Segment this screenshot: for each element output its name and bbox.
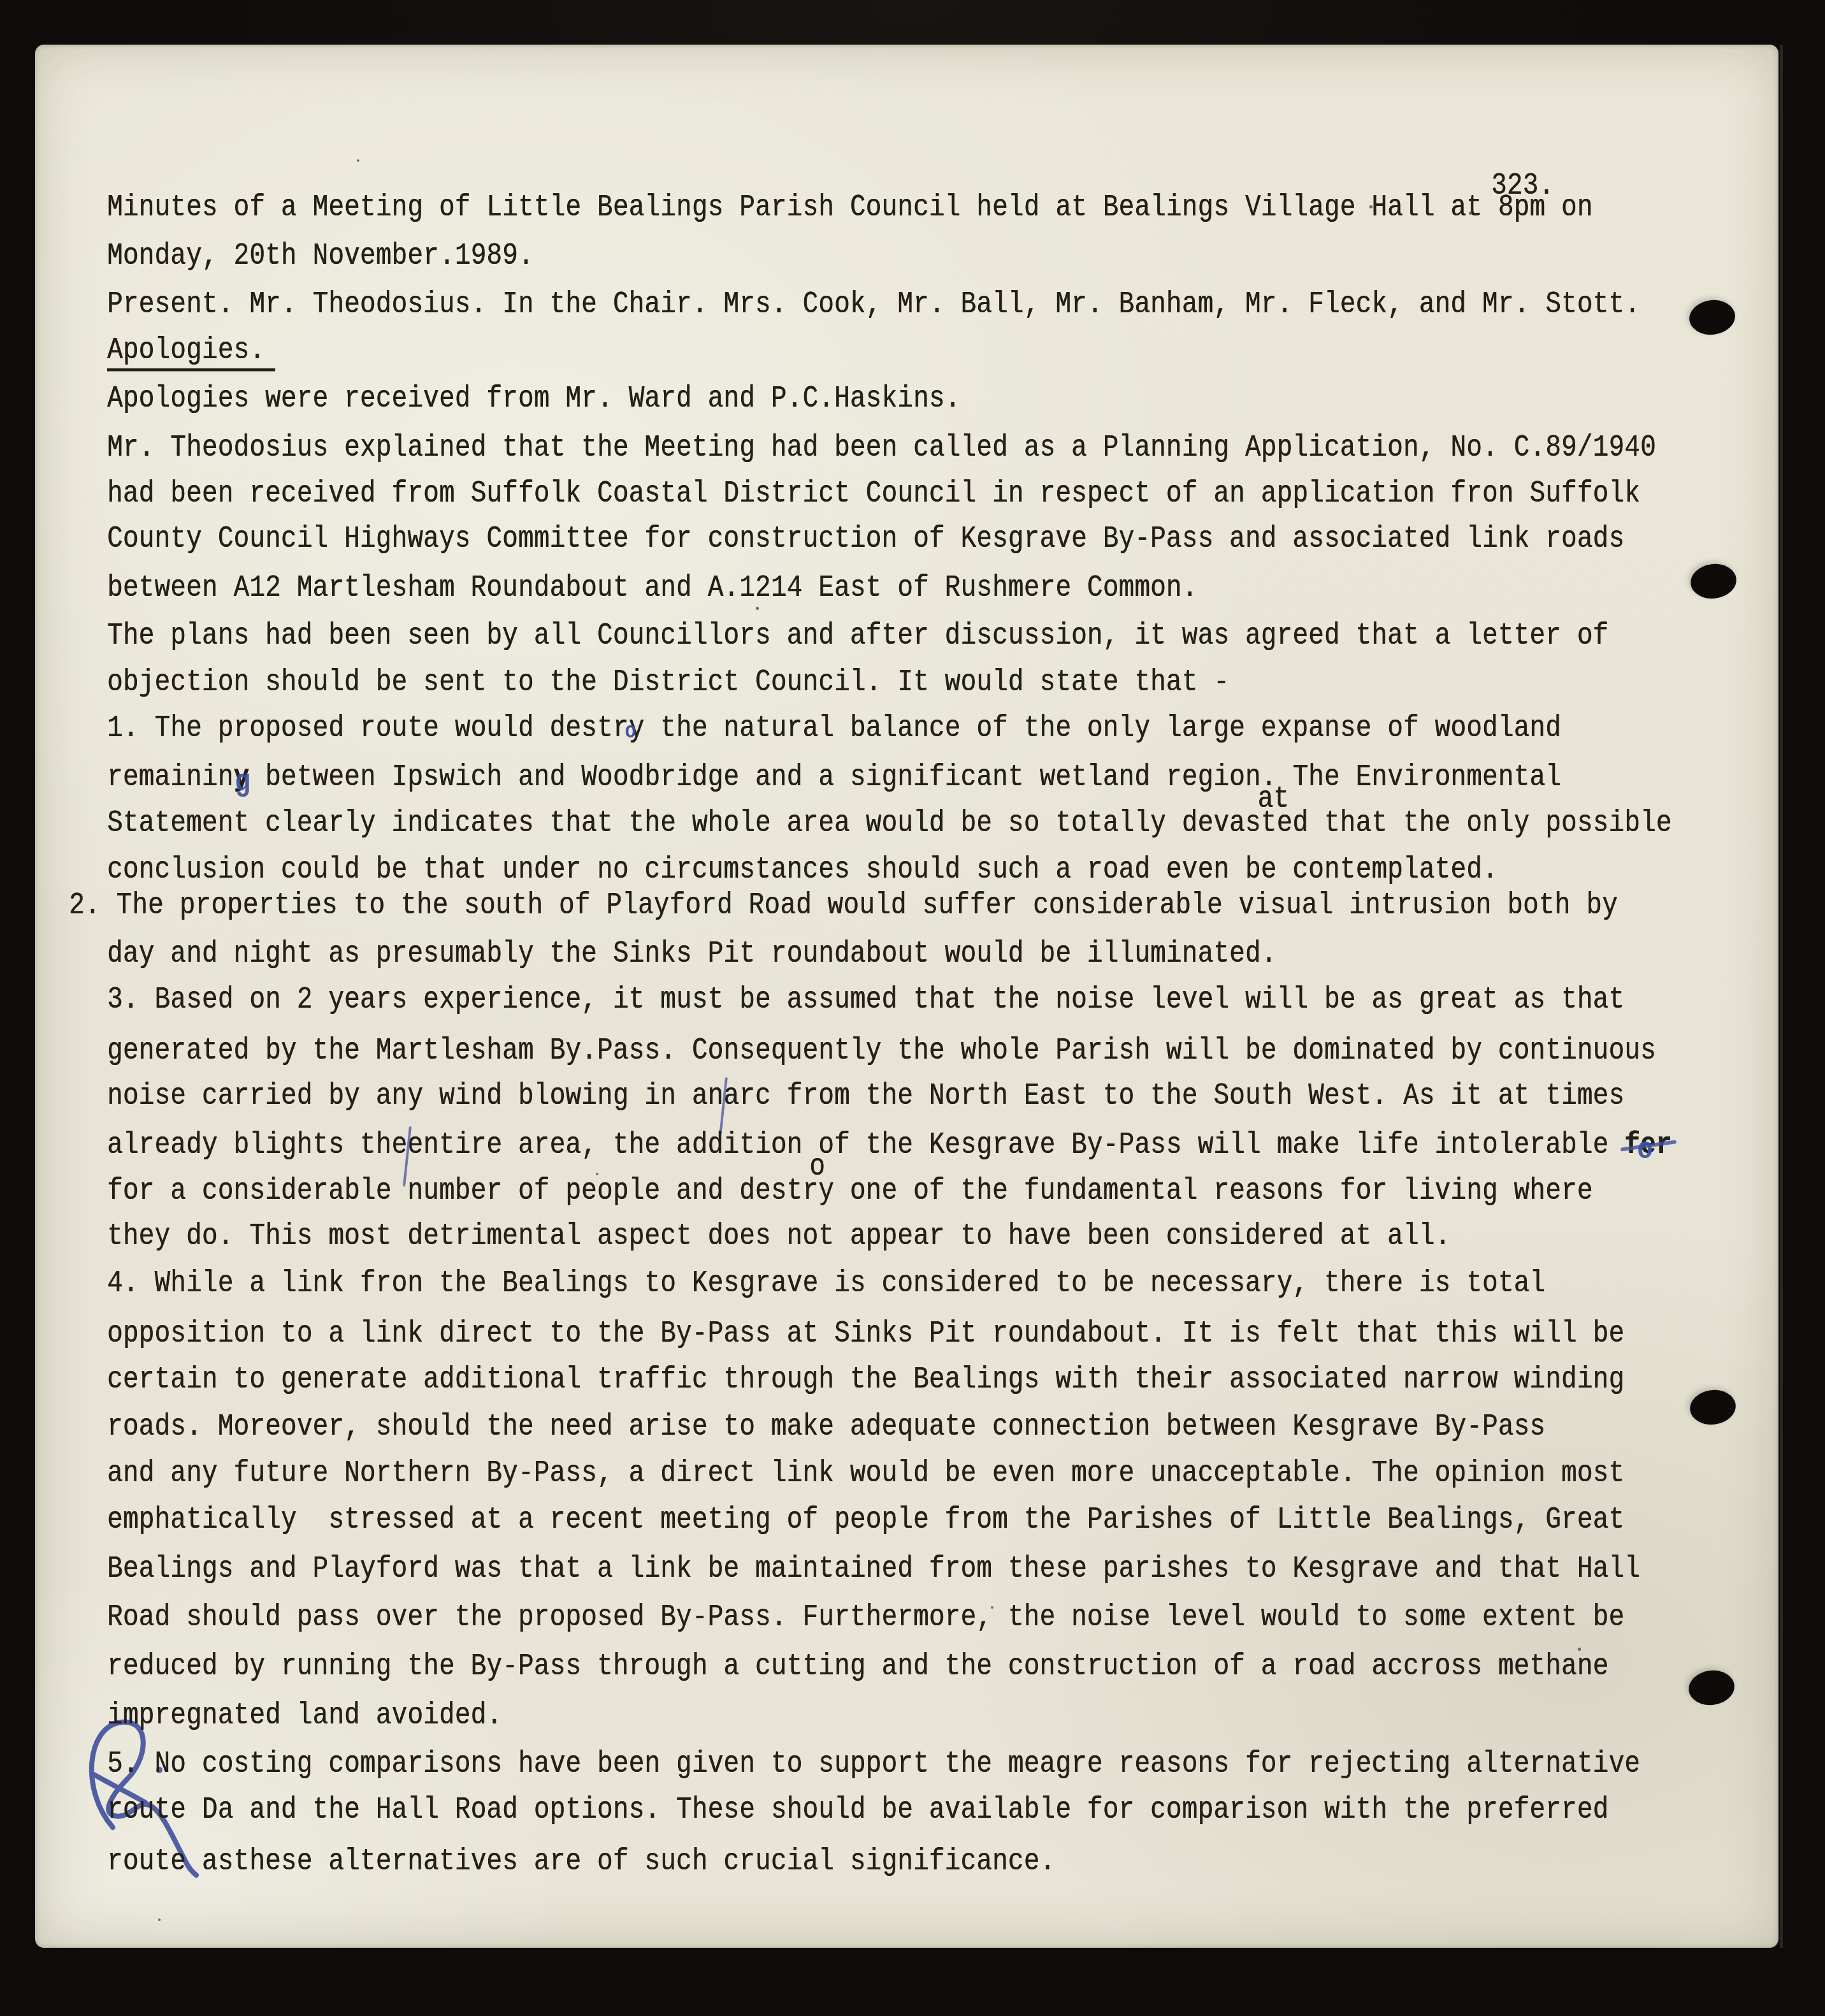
text-segment: conclusion could be that under no circum… (107, 853, 1498, 887)
text-line: emphatically stressed at a recent meetin… (107, 1501, 1624, 1539)
text-segment: had been received from Suffolk Coastal D… (107, 477, 1640, 511)
text-line: certain to generate additional traffic t… (107, 1361, 1624, 1399)
underlined-heading: Apologies. (107, 333, 275, 371)
text-line: 1. The proposed route would destroy the … (107, 709, 1561, 748)
text-segment: entire area, the addition of the Kesgrav… (407, 1128, 1624, 1162)
pen-overwrite-correction: fero (1624, 1126, 1671, 1164)
text-segment: between Ipswich and Woodbridge and a sig… (249, 760, 1561, 794)
text-segment: they do. This most detrimental aspect do… (107, 1219, 1450, 1253)
text-segment: y the natural balance of the only large … (629, 711, 1561, 745)
text-line: 3. Based on 2 years experience, it must … (107, 981, 1624, 1019)
text-segment: impregnated land avoided. (107, 1699, 502, 1732)
text-line: noise carried by any wind blowing in ana… (107, 1077, 1624, 1115)
text-line: generated by the Martlesham By.Pass. Con… (107, 1032, 1656, 1070)
text-segment: route asthese alternatives are of such c… (107, 1845, 1055, 1878)
text-line: route asthese alternatives are of such c… (107, 1843, 1055, 1881)
text-line: Road should pass over the proposed By-Pa… (107, 1599, 1624, 1637)
text-segment: already blights the (107, 1128, 407, 1162)
text-line: 5. No costing comparisons have been give… (107, 1745, 1640, 1783)
pen-overwrite-correction: yg (233, 758, 249, 797)
text-line: Statement clearly indicates that the who… (107, 804, 1672, 843)
text-line: day and night as presumably the Sinks Pi… (107, 935, 1277, 973)
paper-edge-shadow (1780, 45, 1783, 1948)
text-segment: Statement clearly indicates that the who… (107, 806, 1277, 840)
paper-speck (1578, 1648, 1581, 1651)
paper-speck (991, 1606, 993, 1609)
paper-sheet: 323. Minutes of a Meeting of Little Beal… (35, 45, 1778, 1948)
text-segment: roads. Moreover, should the need arise t… (107, 1410, 1545, 1444)
text-segment: certain to generate additional traffic t… (107, 1363, 1624, 1396)
text-line: Apologies were received from Mr. Ward an… (107, 380, 960, 418)
text-line: roads. Moreover, should the need arise t… (107, 1408, 1545, 1446)
text-segment: for a considerable number of people and … (107, 1174, 818, 1208)
text-line: impregnated land avoided. (107, 1697, 502, 1735)
text-line: 2. The properties to the south of Playfo… (69, 887, 1618, 925)
text-line: route Da and the Hall Road options. Thes… (107, 1791, 1608, 1829)
paper-speck (357, 159, 359, 162)
text-segment: opposition to a link direct to the By-Pa… (107, 1317, 1624, 1351)
text-line: 4. While a link fron the Bealings to Kes… (107, 1265, 1545, 1303)
text-segment: 4. While a link fron the Bealings to Kes… (107, 1266, 1545, 1300)
text-segment: 2. The properties to the south of Playfo… (69, 888, 1618, 922)
text-segment: route Da and the Hall Road options. Thes… (107, 1793, 1608, 1827)
text-segment: day and night as presumably the Sinks Pi… (107, 937, 1277, 971)
text-line: for a considerable number of people and … (107, 1172, 1593, 1210)
text-line: they do. This most detrimental aspect do… (107, 1217, 1450, 1256)
text-line: between A12 Martlesham Roundabout and A.… (107, 569, 1197, 607)
text-segment: 3. Based on 2 years experience, it must … (107, 983, 1624, 1017)
text-segment: Bealings and Playford was that a link be… (107, 1552, 1640, 1586)
text-line: Monday, 20th November.1989. (107, 237, 534, 275)
text-segment: noise carried by any wind blowing in an (107, 1079, 723, 1113)
text-line: remaininyg between Ipswich and Woodbridg… (107, 758, 1561, 797)
text-segment: ed that the only possible (1277, 806, 1672, 840)
paper-speck (596, 1173, 598, 1175)
text-line: conclusion could be that under no circum… (107, 851, 1498, 889)
paper-speck (1469, 212, 1472, 215)
text-segment: Mr. Theodosius explained that the Meetin… (107, 431, 1656, 465)
text-segment: Road should pass over the proposed By-Pa… (107, 1600, 1624, 1634)
text-segment: Present. Mr. Theodosius. In the Chair. M… (107, 287, 1640, 321)
text-segment: arc from the North East to the South Wes… (723, 1079, 1624, 1113)
text-segment: generated by the Martlesham By.Pass. Con… (107, 1034, 1656, 1068)
text-line: opposition to a link direct to the By-Pa… (107, 1315, 1624, 1353)
text-segment: remainin (107, 760, 233, 794)
text-line: Present. Mr. Theodosius. In the Chair. M… (107, 286, 1640, 324)
text-segment: y one of the fundamental reasons for liv… (818, 1174, 1592, 1208)
paper-speck (756, 607, 759, 610)
text-segment: 1. The proposed route would destr (107, 711, 629, 745)
text-segment: County Council Highways Committee for co… (107, 522, 1624, 556)
text-line: Bealings and Playford was that a link be… (107, 1550, 1640, 1588)
text-line: had been received from Suffolk Coastal D… (107, 475, 1640, 513)
text-segment: Monday, 20th November.1989. (107, 239, 534, 273)
text-line: Mr. Theodosius explained that the Meetin… (107, 429, 1656, 467)
scanned-document-page: 323. Minutes of a Meeting of Little Beal… (0, 0, 1825, 2016)
text-segment: reduced by running the By-Pass through a… (107, 1650, 1608, 1683)
paper-speck (1369, 205, 1373, 208)
text-segment: emphatically stressed at a recent meetin… (107, 1503, 1624, 1537)
text-segment: 5. No costing comparisons have been give… (107, 1747, 1640, 1781)
text-segment: Apologies were received from Mr. Ward an… (107, 382, 960, 416)
text-segment: The plans had been seen by all Councillo… (107, 619, 1608, 653)
text-line: County Council Highways Committee for co… (107, 520, 1624, 558)
text-line: Apologies. (107, 331, 275, 370)
text-line: objection should be sent to the District… (107, 664, 1229, 702)
text-line: reduced by running the By-Pass through a… (107, 1648, 1608, 1686)
text-segment: and any future Northern By-Pass, a direc… (107, 1456, 1624, 1490)
text-line: and any future Northern By-Pass, a direc… (107, 1454, 1624, 1493)
text-line: The plans had been seen by all Councillo… (107, 617, 1608, 655)
text-segment: objection should be sent to the District… (107, 665, 1229, 699)
paper-speck (158, 1918, 161, 1921)
text-line: already blights theentire area, the addi… (107, 1126, 1672, 1164)
text-segment: between A12 Martlesham Roundabout and A.… (107, 571, 1197, 605)
